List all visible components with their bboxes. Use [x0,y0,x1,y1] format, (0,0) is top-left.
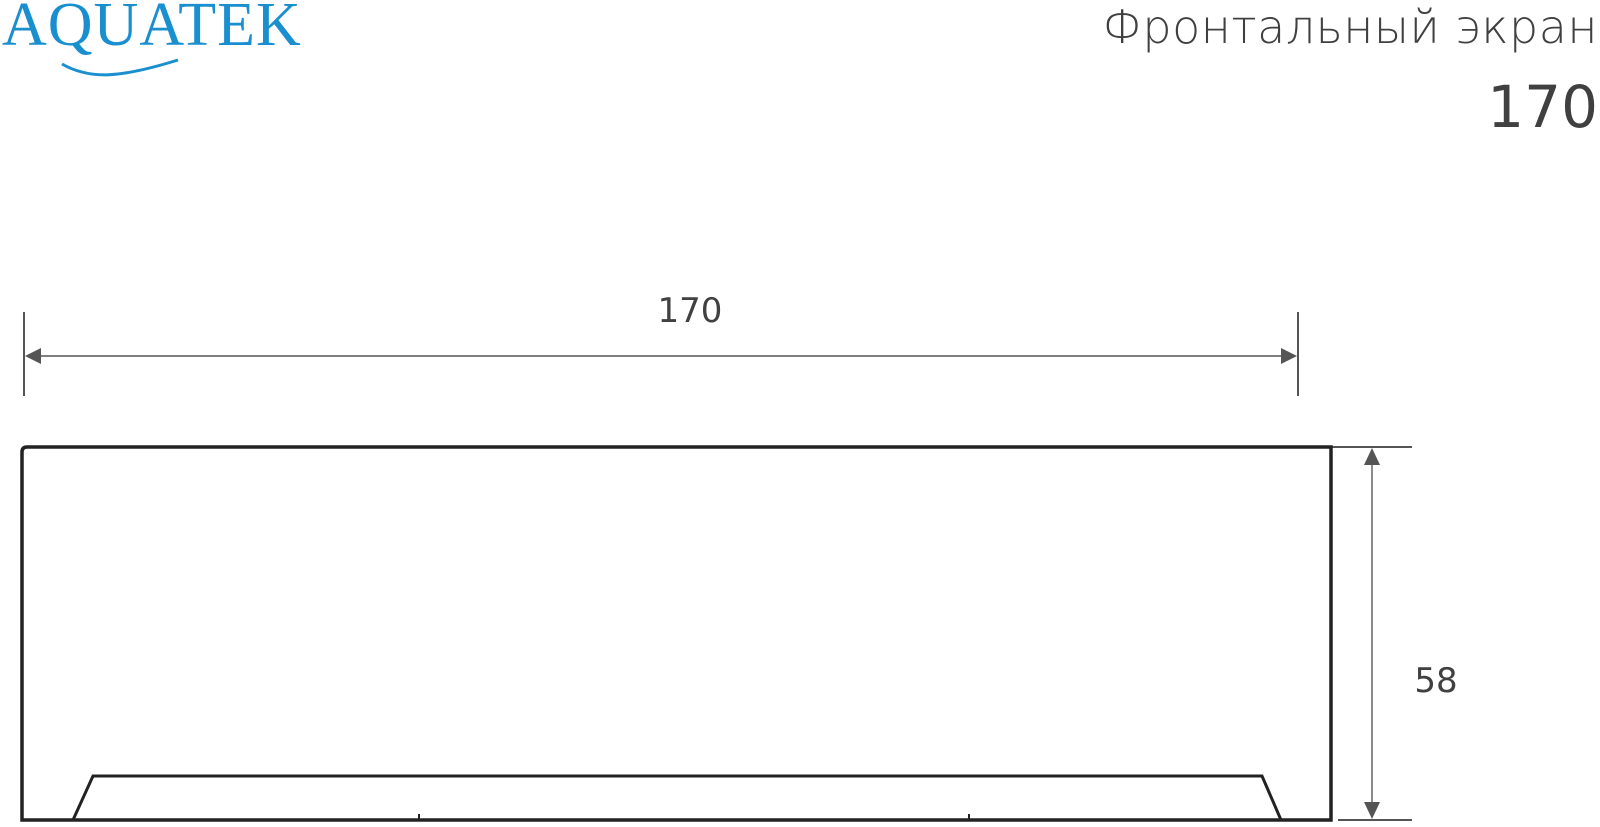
arrow-down-icon [1364,802,1380,819]
height-label: 58 [1414,661,1457,701]
arrow-left-icon [25,348,41,364]
arrow-right-icon [1281,348,1297,364]
width-dimension: 170 [24,291,1298,396]
height-dimension: 58 [1318,447,1458,820]
technical-drawing: 170 58 [0,0,1600,827]
width-label: 170 [658,291,723,331]
arrow-up-icon [1364,448,1380,465]
panel-outline [22,447,1331,820]
